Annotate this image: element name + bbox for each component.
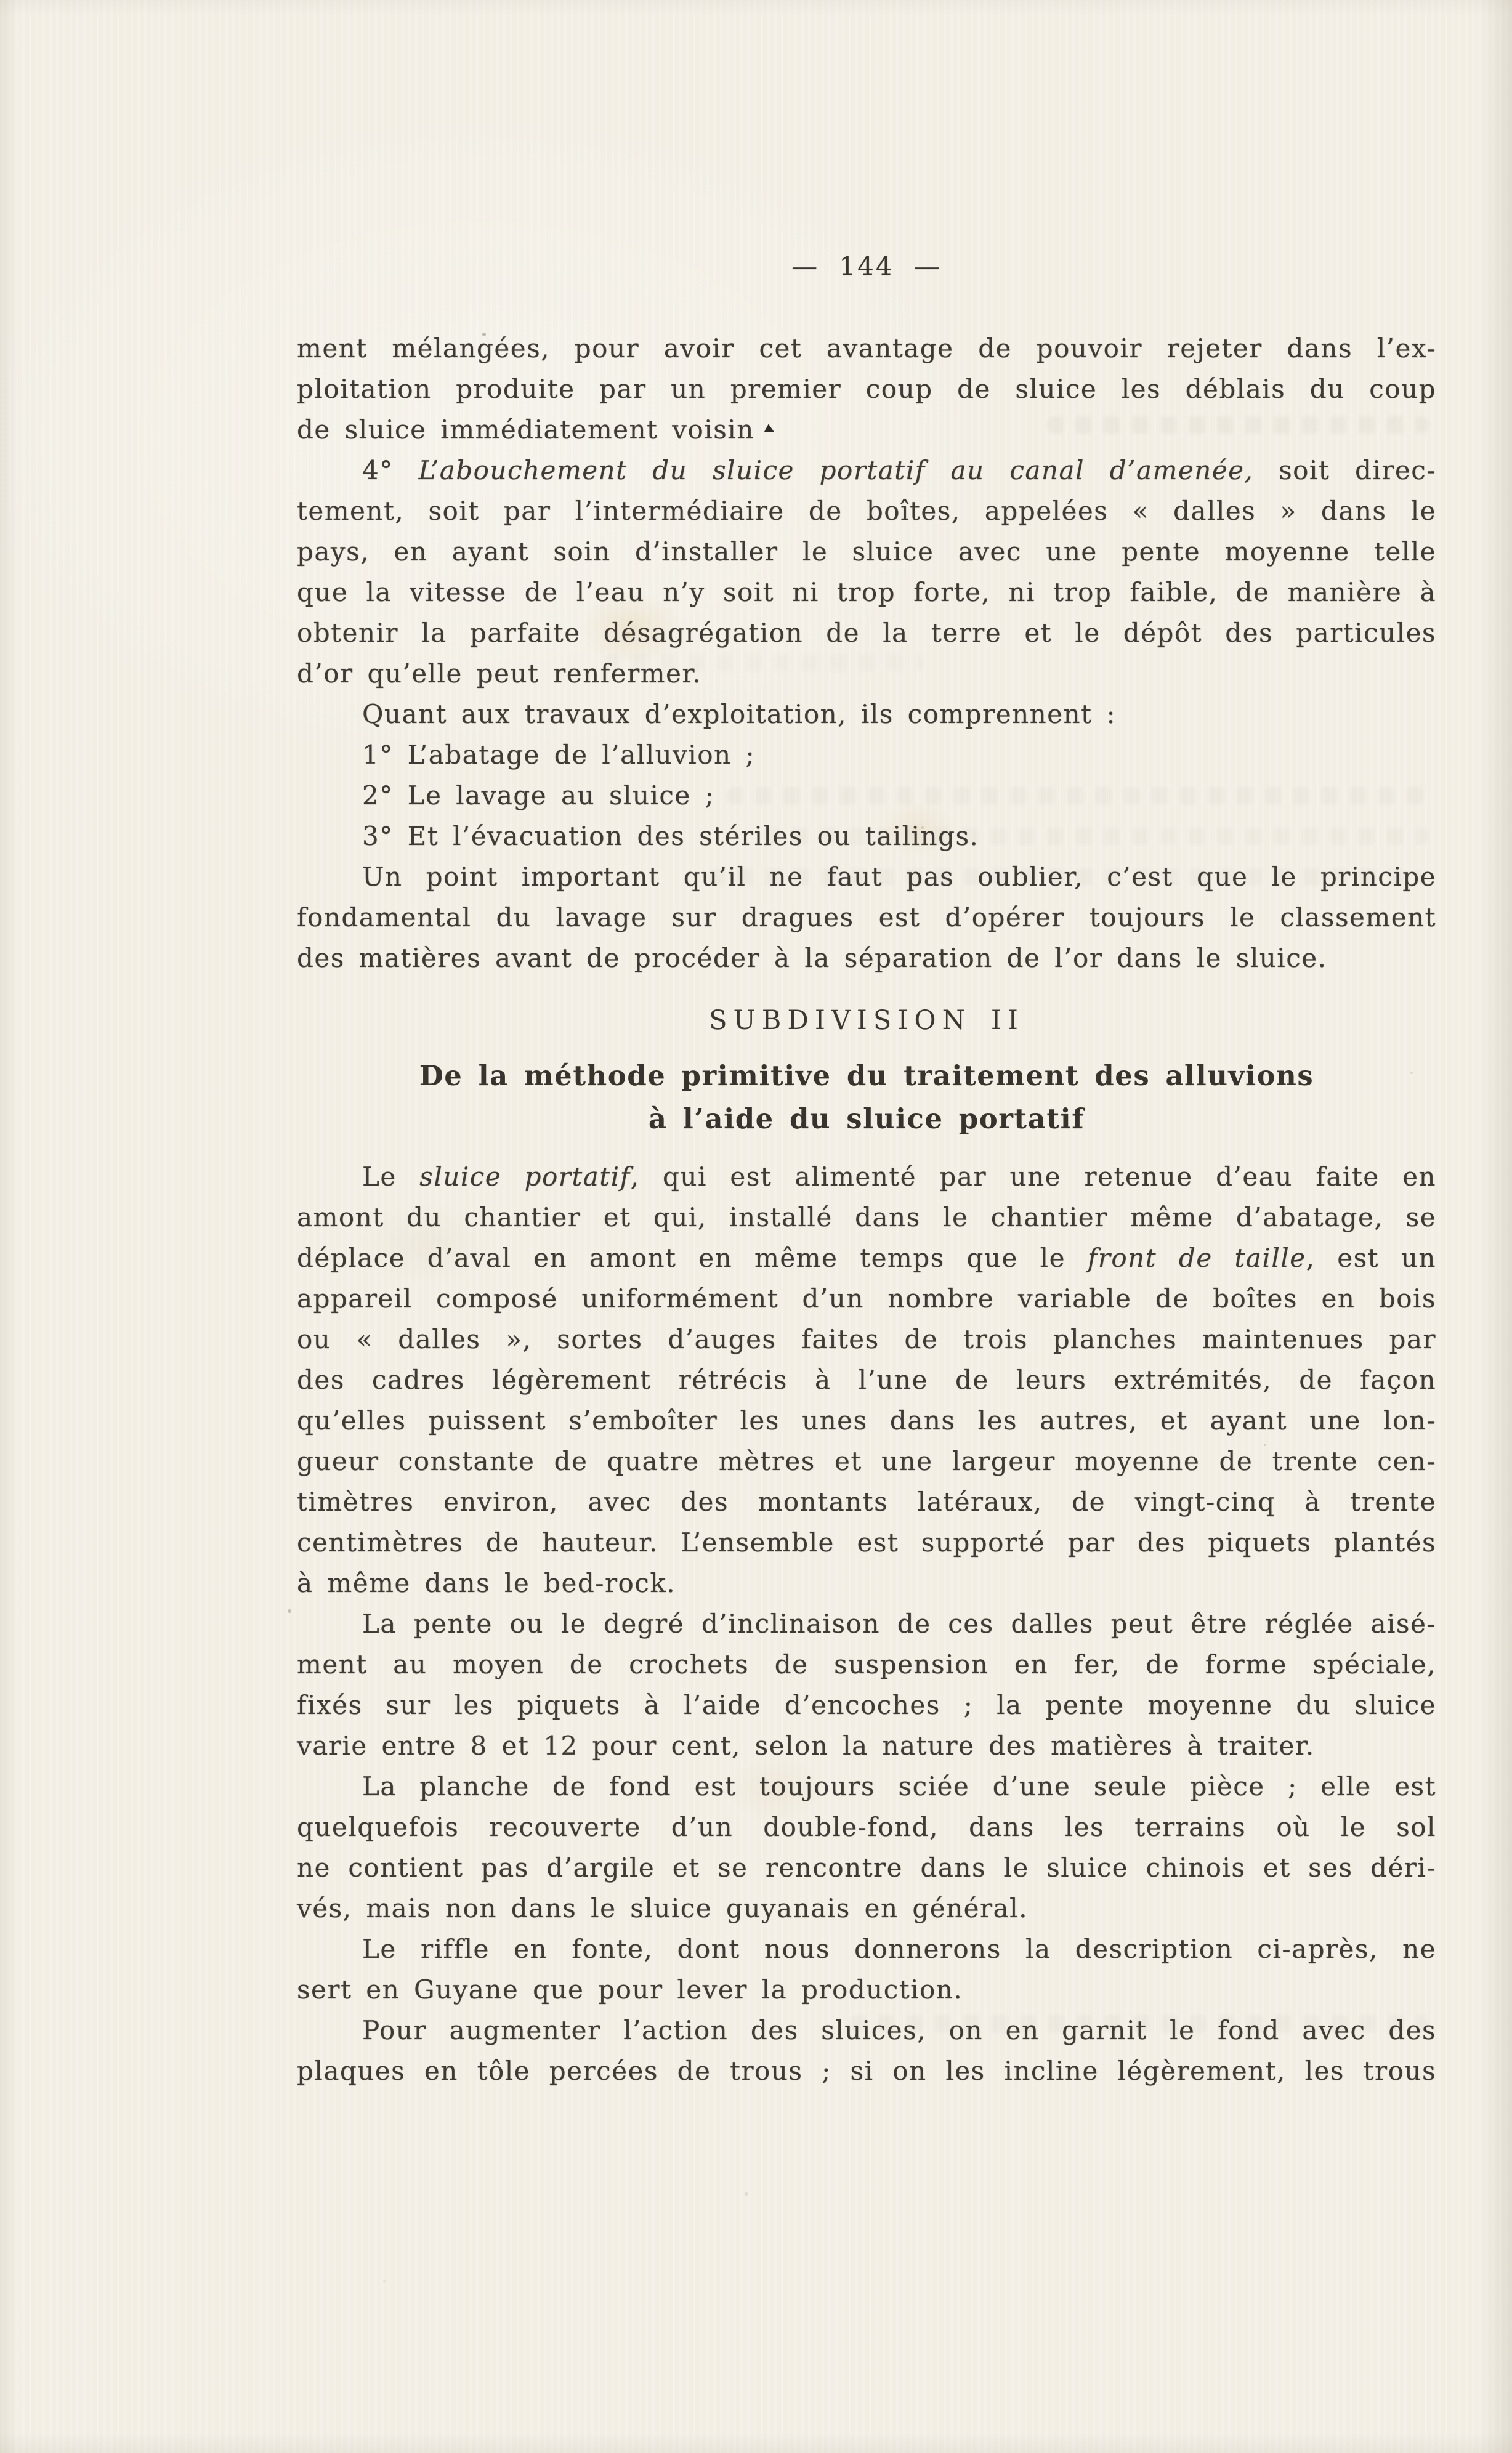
text-line: obtenir la parfaite désagrégation de la … [297, 613, 1436, 653]
text-line: La planche de fond est toujours sciée d’… [297, 1766, 1436, 1807]
list-travaux: Quant aux travaux d’exploitation, ils co… [297, 694, 1436, 857]
text-line: appareil composé uniformément d’un nombr… [297, 1279, 1436, 1319]
paragraph-riffle: Le riffle en fonte, dont nous donnerons … [297, 1929, 1436, 2010]
text-line: que la vitesse de l’eau n’y soit ni trop… [297, 572, 1436, 613]
text-run: 4° [362, 455, 419, 485]
text-line: des cadres légèrement rétrécis à l’une d… [297, 1360, 1436, 1400]
text-line: qu’elles puissent s’emboîter les unes da… [297, 1400, 1436, 1441]
text-line: déplace d’aval en amont en même temps qu… [297, 1238, 1436, 1279]
text-line: Le sluice portatif, qui est alimenté par… [297, 1157, 1436, 1197]
subdivision-heading: SUBDIVISION II [297, 1000, 1436, 1041]
text-line: ou « dalles », sortes d’auges faites de … [297, 1319, 1436, 1360]
text-line: La pente ou le degré d’inclinaison de ce… [297, 1604, 1436, 1644]
list-item: 3° Et l’évacuation des stériles ou taili… [297, 816, 1436, 857]
text-line: pays, en ayant soin d’installer le sluic… [297, 531, 1436, 572]
text-line: Un point important qu’il ne faut pas oub… [297, 857, 1436, 897]
paragraph-planche: La planche de fond est toujours sciée d’… [297, 1766, 1436, 1929]
italic-run: front de taille [1088, 1243, 1306, 1273]
ink-specks [0, 0, 2, 2]
text-line: Pour augmenter l’action des sluices, on … [297, 2010, 1436, 2051]
text-line: ploitation produite par un premier coup … [297, 369, 1436, 410]
italic-run: L’abouchement du sluice portatif au cana… [419, 455, 1254, 485]
text-line: centimètres de hauteur. L’ensemble est s… [297, 1522, 1436, 1563]
text-line: tement, soit par l’intermédiaire de boît… [297, 491, 1436, 531]
scanned-book-page: — 144 — ment mélangées, pour avoir cet a… [0, 0, 1512, 2453]
text-line: timètres environ, avec des montants laté… [297, 1482, 1436, 1522]
ink-mark: ▸ [757, 410, 785, 450]
text-line: Quant aux travaux d’exploitation, ils co… [297, 694, 1436, 735]
text-line: gueur constante de quatre mètres et une … [297, 1441, 1436, 1482]
text-line: ment mélangées, pour avoir cet avantage … [297, 328, 1436, 369]
text-line: fixés sur les piquets à l’aide d’encoche… [297, 1685, 1436, 1726]
text-run: de sluice immédiatement voisin [297, 414, 754, 445]
paragraph-continuation: ment mélangées, pour avoir cet avantage … [297, 328, 1436, 450]
page-number: — 144 — [297, 251, 1436, 281]
paragraph-plaques: Pour augmenter l’action des sluices, on … [297, 2010, 1436, 2091]
text-line: de sluice immédiatement voisin▸ [297, 410, 1436, 450]
section-title-line-2: à l’aide du sluice portatif [297, 1097, 1436, 1141]
text-run: , qui est alimenté par une retenue d’eau… [631, 1162, 1436, 1192]
text-line: fondamental du lavage sur dragues est d’… [297, 897, 1436, 938]
text-line: varie entre 8 et 12 pour cent, selon la … [297, 1726, 1436, 1766]
text-line: à même dans le bed-rock. [297, 1563, 1436, 1604]
list-item: 1° L’abatage de l’alluvion ; [297, 735, 1436, 775]
text-run: déplace d’aval en amont en même temps qu… [297, 1243, 1088, 1273]
italic-run: sluice portatif [419, 1162, 630, 1192]
text-line: vés, mais non dans le sluice guyanais en… [297, 1888, 1436, 1929]
text-run: soit direc- [1253, 455, 1436, 485]
paragraph-principe: Un point important qu’il ne faut pas oub… [297, 857, 1436, 979]
section-title-line-1: De la méthode primitive du traitement de… [297, 1054, 1436, 1097]
paragraph-sluice-portatif: Le sluice portatif, qui est alimenté par… [297, 1157, 1436, 1604]
text-line: 4° L’abouchement du sluice portatif au c… [297, 450, 1436, 491]
section-title: De la méthode primitive du traitement de… [297, 1054, 1436, 1141]
text-line: amont du chantier et qui, installé dans … [297, 1197, 1436, 1238]
text-line: d’or qu’elle peut renfermer. [297, 653, 1436, 694]
text-line: sert en Guyane que pour lever la product… [297, 1970, 1436, 2010]
text-line: Le riffle en fonte, dont nous donnerons … [297, 1929, 1436, 1970]
list-item: 2° Le lavage au sluice ; [297, 775, 1436, 816]
text-line: plaques en tôle percées de trous ; si on… [297, 2051, 1436, 2091]
text-line: des matières avant de procéder à la sépa… [297, 938, 1436, 979]
text-line: ment au moyen de crochets de suspension … [297, 1644, 1436, 1685]
text-run: , est un [1306, 1243, 1436, 1273]
text-run: Le [362, 1162, 419, 1192]
paragraph-pente: La pente ou le degré d’inclinaison de ce… [297, 1604, 1436, 1766]
text-line: quelquefois recouverte d’un double-fond,… [297, 1807, 1436, 1848]
paragraph-item-4: 4° L’abouchement du sluice portatif au c… [297, 450, 1436, 694]
text-line: ne contient pas d’argile et se rencontre… [297, 1848, 1436, 1888]
